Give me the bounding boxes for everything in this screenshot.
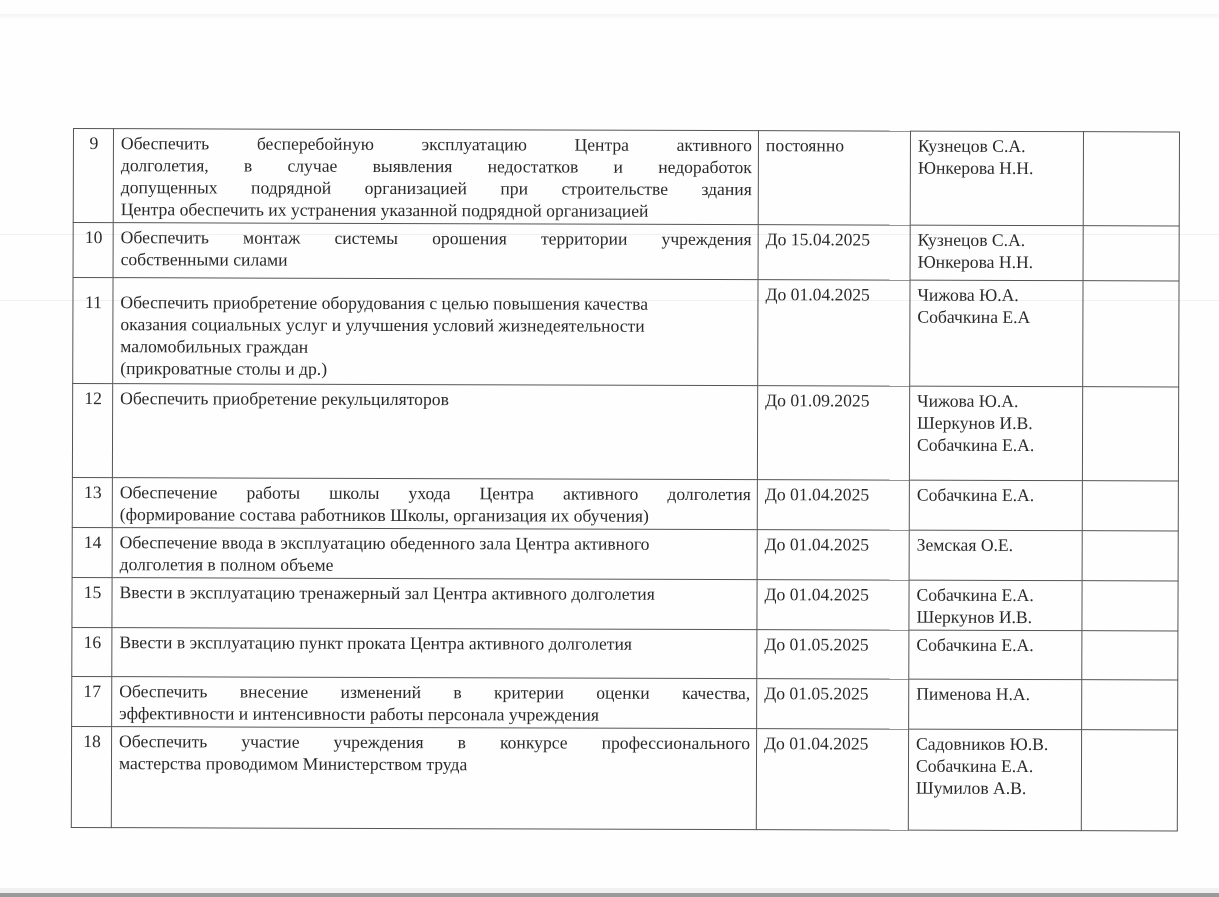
scan-bottom-edge <box>0 893 1219 897</box>
responsible-person: Земская О.Е. <box>917 534 1076 556</box>
responsible-person: Кузнецов С.А. <box>918 229 1077 251</box>
row-number: 9 <box>73 129 113 223</box>
responsible-person: Пименова Н.А. <box>916 683 1075 705</box>
row-number: 15 <box>72 577 112 627</box>
task-text-line: Обеспечение работы школы ухода Центра ак… <box>120 481 751 505</box>
responsible-person: Юнкерова Н.Н. <box>918 157 1077 179</box>
task-text-line: Обеспечить внесение изменений в критерии… <box>119 680 750 704</box>
table-row: 12Обеспечить приобретение рекульциляторо… <box>72 384 1178 481</box>
row-number: 13 <box>72 477 112 527</box>
note-cell <box>1083 132 1179 226</box>
task-cell: Обеспечить участие учреждения в конкурсе… <box>111 727 756 830</box>
deadline-cell: До 01.05.2025 <box>757 679 909 729</box>
responsible-person: Садовников Ю.В. <box>916 733 1075 755</box>
scan-top-edge <box>0 14 1219 18</box>
deadline-cell: До 01.04.2025 <box>757 530 909 580</box>
row-number: 17 <box>72 676 112 726</box>
deadline-cell: До 01.09.2025 <box>757 386 909 480</box>
table-row: 10Обеспечить монтаж системы орошения тер… <box>73 223 1179 281</box>
task-text-line: эффективности и интенсивности работы пер… <box>119 702 750 726</box>
task-text-line: Обеспечить бесперебойную эксплуатацию Це… <box>121 132 752 156</box>
row-number: 11 <box>73 278 113 384</box>
task-cell: Обеспечить приобретение оборудования с ц… <box>113 278 758 386</box>
task-text-line: (формирование состава работников Школы, … <box>120 503 751 527</box>
responsible-cell: Собачкина Е.А. <box>909 630 1082 680</box>
responsible-person: Чижова Ю.А. <box>917 390 1076 412</box>
task-cell: Обеспечить внесение изменений в критерии… <box>112 677 757 729</box>
row-number: 16 <box>72 627 112 676</box>
table-row: 15Ввести в эксплуатацию тренажерный зал … <box>72 577 1178 630</box>
responsible-person: Собачкина Е.А. <box>917 484 1076 506</box>
responsible-cell: Земская О.Е. <box>909 530 1082 581</box>
task-cell: Обеспечить бесперебойную эксплуатацию Це… <box>113 129 758 225</box>
responsible-person: Собачкина Е.А. <box>917 584 1076 606</box>
deadline-cell: До 01.04.2025 <box>757 580 909 630</box>
responsible-person: Кузнецов С.А. <box>918 135 1077 157</box>
table-row: 11Обеспечить приобретение оборудования с… <box>73 278 1179 387</box>
task-text-line: мастерства проводимом Министерством труд… <box>119 752 750 776</box>
task-text-line: Центра обеспечить их устранения указанно… <box>121 198 752 222</box>
table-row: 17Обеспечить внесение изменений в критер… <box>72 676 1178 729</box>
responsible-person: Собачкина Е.А. <box>917 434 1076 456</box>
task-text-line: Ввести в эксплуатацию пункт проката Цент… <box>119 631 750 655</box>
note-cell <box>1082 531 1178 581</box>
deadline-cell: постоянно <box>758 131 910 225</box>
task-text-line: допущенных подрядной организацией при ст… <box>121 176 752 200</box>
note-cell <box>1082 680 1178 730</box>
task-cell: Ввести в эксплуатацию пункт проката Цент… <box>112 628 757 679</box>
responsible-person: Собачкина Е.А. <box>916 634 1075 656</box>
deadline-cell: До 01.05.2025 <box>757 630 909 679</box>
deadline-cell: До 15.04.2025 <box>758 225 910 280</box>
task-text-line: Обеспечить приобретение рекульциляторов <box>120 387 751 411</box>
row-number: 18 <box>71 726 111 827</box>
task-text-line: оказания социальных услуг и улучшения ус… <box>120 313 751 337</box>
task-text-line: долголетия в полном объеме <box>120 553 751 577</box>
note-cell <box>1083 281 1179 387</box>
table-row: 14Обеспечение ввода в эксплуатацию обеде… <box>72 527 1178 580</box>
note-cell <box>1082 387 1178 481</box>
responsible-person: Чижова Ю.А. <box>917 284 1076 306</box>
table-row: 16Ввести в эксплуатацию пункт проката Це… <box>72 627 1178 679</box>
responsible-cell: Собачкина Е.А.Шеркунов И.В. <box>909 580 1082 631</box>
responsible-cell: Кузнецов С.А.Юнкерова Н.Н. <box>910 225 1083 281</box>
responsible-person: Собачкина Е.А. <box>916 755 1075 777</box>
note-cell <box>1082 581 1178 631</box>
deadline-cell: До 01.04.2025 <box>757 480 909 530</box>
note-cell <box>1083 226 1179 281</box>
row-number: 14 <box>72 527 112 577</box>
table-row: 9Обеспечить бесперебойную эксплуатацию Ц… <box>73 129 1179 226</box>
responsible-person: Собачкина Е.А <box>917 306 1076 328</box>
responsible-cell: Собачкина Е.А. <box>909 480 1082 531</box>
task-cell: Обеспечить монтаж системы орошения терри… <box>113 223 758 280</box>
task-cell: Обеспечение ввода в эксплуатацию обеденн… <box>112 528 757 580</box>
note-cell <box>1082 631 1178 680</box>
row-number: 10 <box>73 223 113 278</box>
responsible-person: Шеркунов И.В. <box>916 606 1075 628</box>
task-cell: Обеспечить приобретение рекульциляторов <box>112 384 757 480</box>
responsible-cell: Садовников Ю.В.Собачкина Е.А.Шумилов А.В… <box>908 729 1081 831</box>
responsible-cell: Пименова Н.А. <box>909 679 1082 730</box>
responsible-cell: Кузнецов С.А.Юнкерова Н.Н. <box>910 131 1083 226</box>
responsible-person: Юнкерова Н.Н. <box>918 251 1077 273</box>
responsible-person: Шумилов А.В. <box>916 777 1075 799</box>
task-text-line: Обеспечить участие учреждения в конкурсе… <box>119 730 750 754</box>
task-cell: Ввести в эксплуатацию тренажерный зал Це… <box>112 578 757 630</box>
action-plan-table: 9Обеспечить бесперебойную эксплуатацию Ц… <box>71 128 1180 831</box>
note-cell <box>1081 730 1177 831</box>
task-text-line: Обеспечение ввода в эксплуатацию обеденн… <box>120 531 751 555</box>
task-text-line: долголетия, в случае выявления недостатк… <box>121 154 752 178</box>
task-text-line: собственными силами <box>121 248 752 272</box>
task-text-line: Ввести в эксплуатацию тренажерный зал Це… <box>120 581 751 605</box>
deadline-cell: До 01.04.2025 <box>758 280 910 386</box>
deadline-cell: До 01.04.2025 <box>756 729 908 830</box>
task-text-line: (прикроватные столы и др.) <box>120 357 751 381</box>
table-row: 18Обеспечить участие учреждения в конкур… <box>71 726 1177 830</box>
task-text-line: Обеспечить монтаж системы орошения терри… <box>121 226 752 250</box>
row-number: 12 <box>72 384 112 478</box>
task-cell: Обеспечение работы школы ухода Центра ак… <box>112 478 757 530</box>
responsible-cell: Чижова Ю.А.Собачкина Е.А <box>910 280 1083 387</box>
responsible-person: Шеркунов И.В. <box>917 412 1076 434</box>
responsible-cell: Чижова Ю.А.Шеркунов И.В.Собачкина Е.А. <box>909 386 1082 481</box>
task-text-line: Обеспечить приобретение оборудования с ц… <box>120 291 751 315</box>
table-row: 13Обеспечение работы школы ухода Центра … <box>72 477 1178 530</box>
note-cell <box>1082 481 1178 531</box>
task-text-line: маломобильных граждан <box>120 335 751 359</box>
